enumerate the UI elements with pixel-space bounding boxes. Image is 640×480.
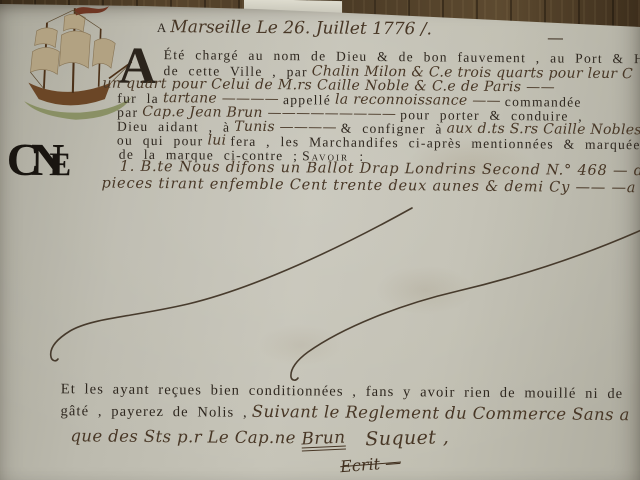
handwritten-cargo-measure: pieces tirant enfemble Cent trente deux …: [102, 176, 637, 197]
document-text-layer: — A Marseille Le 26. Juillet 1776 /. A É…: [0, 0, 640, 480]
shipping-mark-monogram: CNE: [7, 133, 72, 187]
paraph-flourish: Ecrit —: [339, 453, 401, 477]
manuscript-footer-line: que des Sts p.r Le Cap.ne Brun Suquet ,: [70, 424, 449, 449]
printed-text: Et les ayant reçues bien conditionnées ,…: [61, 381, 624, 402]
printed-footer-line-1: Et les ayant reçues bien conditionnées ,…: [61, 381, 624, 403]
dateline-handwritten: Marseille Le 26. Juillet 1776 /.: [170, 17, 432, 39]
signature-flourish: Ecrit —: [340, 455, 401, 475]
suquet-signature: Suquet ,: [365, 426, 449, 450]
printed-text: gâté , payerez de Nolis ,: [61, 403, 248, 421]
manuscript-cargo-line-2: pieces tirant enfemble Cent trente deux …: [102, 176, 637, 197]
dateline-printed-a: A: [157, 20, 167, 35]
dateline: A Marseille Le 26. Juillet 1776 /.: [157, 17, 432, 39]
monogram-letter: E: [49, 147, 71, 183]
photo-of-bill-of-lading: — A Marseille Le 26. Juillet 1776 /. A É…: [0, 0, 640, 480]
handwritten-text: que des Sts p.r Le Cap.ne: [70, 426, 296, 447]
captain-signature: Brun: [301, 428, 346, 450]
printed-footer-line-2: gâté , payerez de Nolis , Suivant le Reg…: [61, 400, 630, 425]
stray-ink-mark: —: [548, 30, 563, 47]
handwritten-item-number: 1. B.te: [120, 159, 174, 175]
handwritten-freight-terms: Suivant le Reglement du Commerce Sans a: [252, 402, 630, 424]
